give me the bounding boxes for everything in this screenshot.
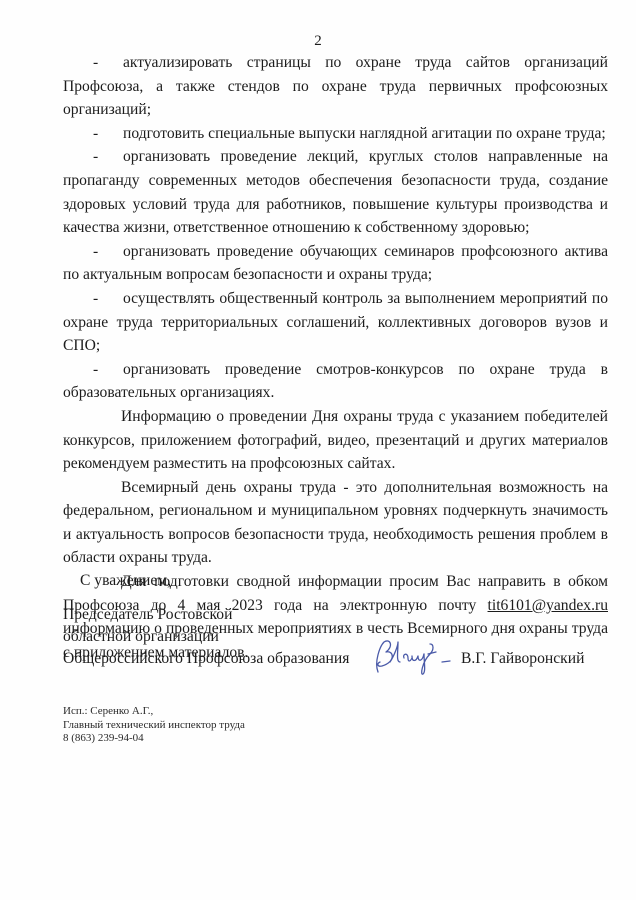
signatory-title-line: Общероссийского Профсоюза образования [63, 648, 349, 670]
executor-position: Главный технический инспектор труда [63, 719, 245, 733]
bullet-item: -организовать проведение обучающих семин… [63, 240, 608, 287]
dash-marker: - [63, 240, 123, 264]
paragraph-info-placement: Информацию о проведении Дня охраны труда… [63, 405, 608, 476]
dash-marker: - [63, 122, 123, 146]
handwritten-signature-icon [368, 632, 458, 676]
signatory-title-line: Председатель Ростовской [63, 604, 349, 626]
bullet-text: осуществлять общественный контроль за вы… [63, 290, 608, 354]
paragraph-world-day: Всемирный день охраны труда - это дополн… [63, 476, 608, 570]
bullet-item: -актуализировать страницы по охране труд… [63, 51, 608, 122]
executor-name: Исп.: Серенко А.Г., [63, 705, 245, 719]
dash-marker: - [63, 51, 123, 75]
dash-marker: - [63, 287, 123, 311]
bullet-text: организовать проведение смотров-конкурсо… [63, 361, 608, 402]
signatory-name: В.Г. Гайворонский [461, 648, 584, 670]
document-page: 2 -актуализировать страницы по охране тр… [0, 0, 636, 900]
signatory-title: Председатель Ростовской областной органи… [63, 604, 349, 670]
bullet-text: актуализировать страницы по охране труда… [63, 54, 608, 118]
executor-phone: 8 (863) 239-94-04 [63, 732, 245, 746]
bullet-item: -подготовить специальные выпуски наглядн… [63, 122, 608, 146]
page-number: 2 [0, 33, 636, 49]
bullet-text: организовать проведение обучающих семина… [63, 243, 608, 284]
closing-salutation: С уважением, [80, 571, 171, 591]
bullet-text: организовать проведение лекций, круглых … [63, 148, 608, 236]
signatory-title-line: областной организации [63, 626, 349, 648]
dash-marker: - [63, 358, 123, 382]
bullet-item: -организовать проведение лекций, круглых… [63, 145, 608, 239]
bullet-text: подготовить специальные выпуски наглядно… [123, 125, 606, 142]
email-link[interactable]: tit6101@yandex.ru [488, 597, 608, 614]
executor-info: Исп.: Серенко А.Г., Главный технический … [63, 705, 245, 746]
bullet-item: -организовать проведение смотров-конкурс… [63, 358, 608, 405]
bullet-item: -осуществлять общественный контроль за в… [63, 287, 608, 358]
dash-marker: - [63, 145, 123, 169]
